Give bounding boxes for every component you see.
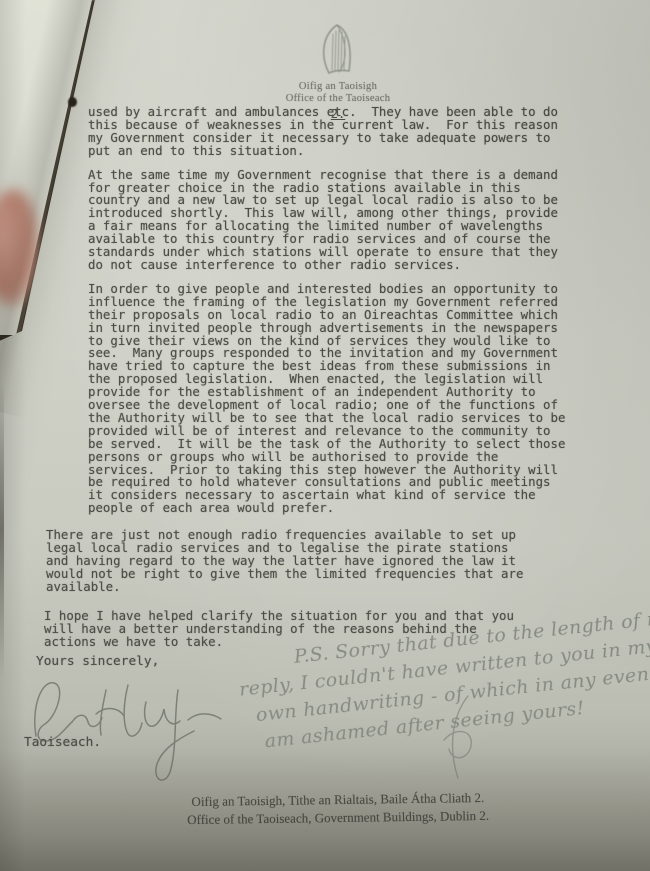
footer: Oifig an Taoisigh, Tithe an Rialtais, Ba…	[8, 786, 650, 830]
org-name-irish: Oifig an Taoisigh	[8, 81, 650, 93]
letter-content: Oifig an Taoisigh Office of the Taoiseac…	[0, 0, 650, 871]
letter-body: used by aircraft and ambulances etc. The…	[0, 106, 650, 659]
letter-paragraph: At the same time my Government recognise…	[88, 169, 570, 272]
signer-title: Taoiseach.	[24, 735, 101, 750]
postscript-initials-scrawl	[428, 688, 500, 784]
letter-photo: Oifig an Taoisigh Office of the Taoiseac…	[0, 0, 650, 871]
letter-paragraph: In order to give people and interested b…	[88, 283, 570, 515]
signature-scrawl	[26, 662, 241, 790]
frame-edge-shadow	[0, 380, 4, 680]
letter-paragraph: There are just not enough radio frequenc…	[46, 529, 528, 594]
harp-icon	[318, 22, 358, 76]
letter-paragraph: used by aircraft and ambulances etc. The…	[88, 106, 570, 158]
